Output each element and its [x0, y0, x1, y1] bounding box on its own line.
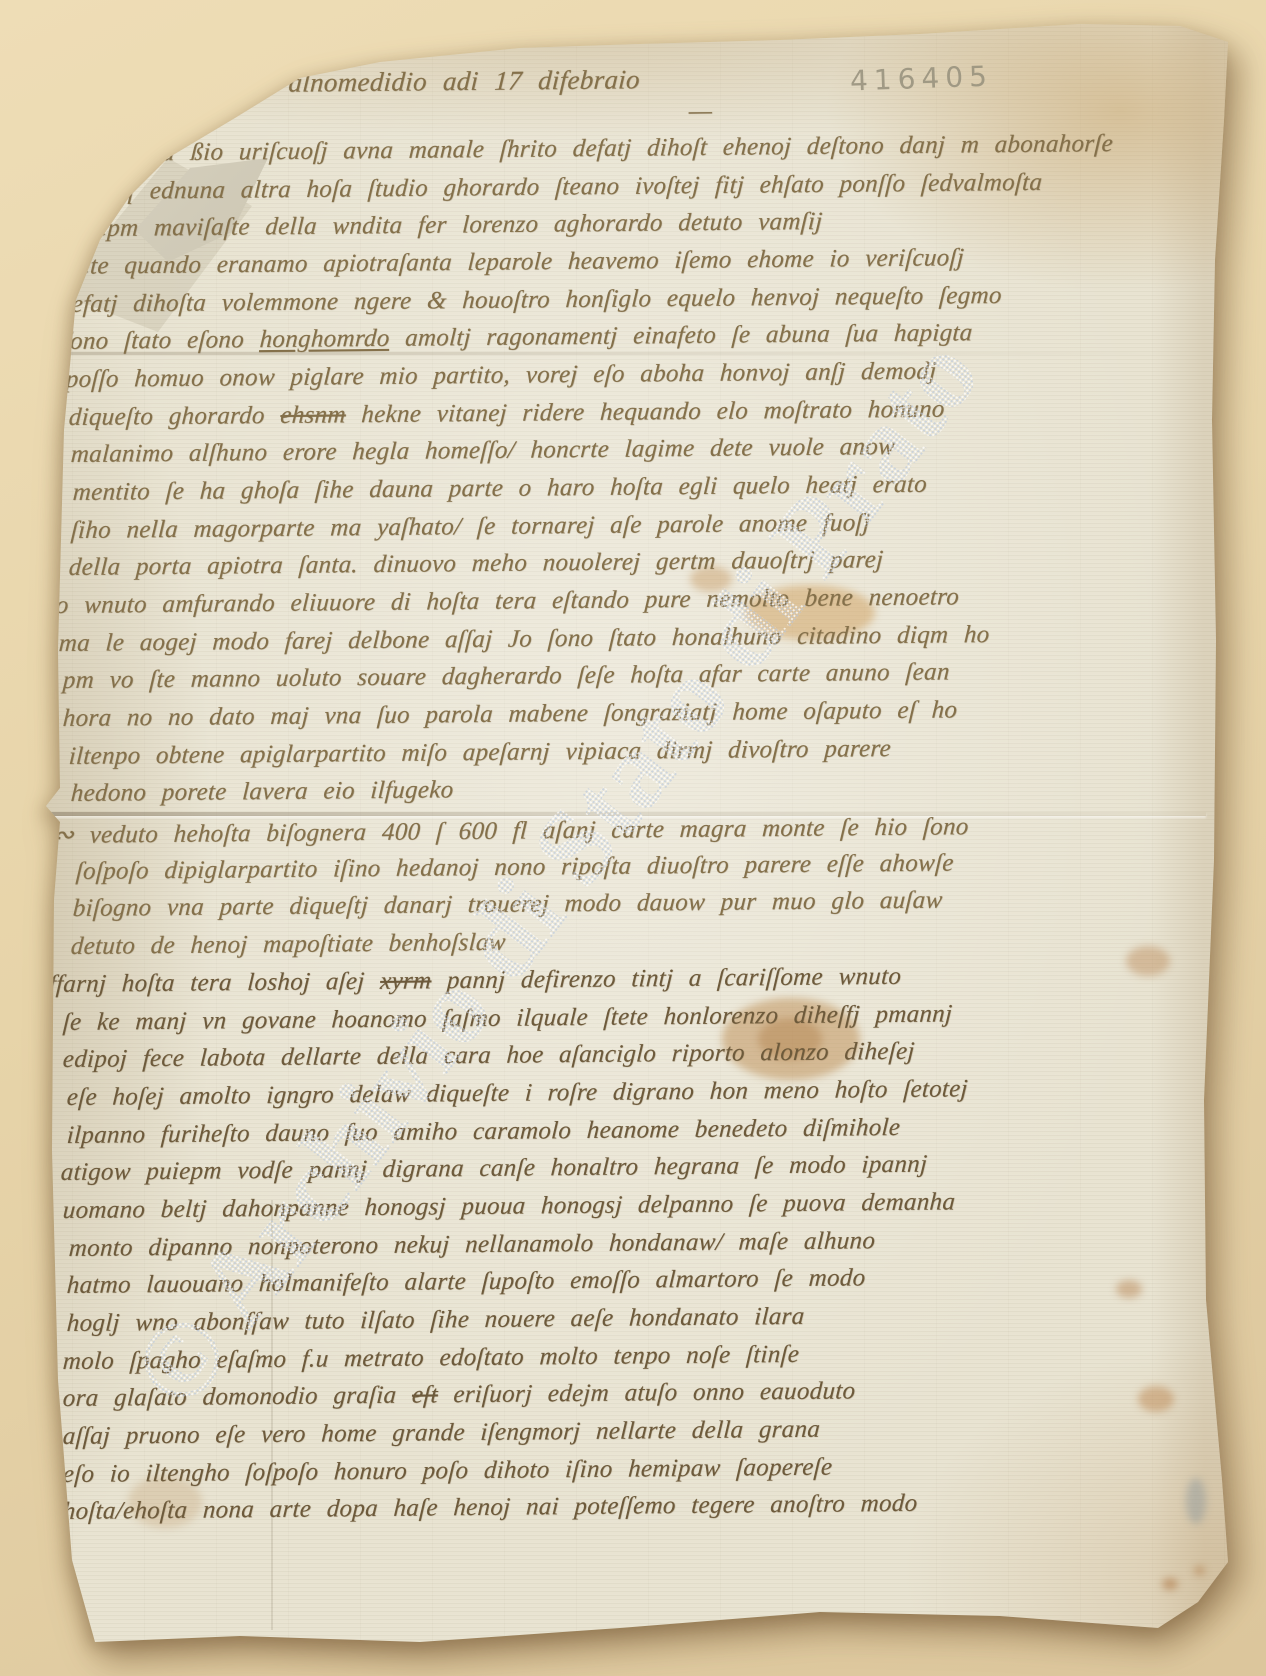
- manuscript-page: + alnomedidio adi 17 difebraio — 416405 …: [0, 0, 1266, 1676]
- handwritten-line: ilpanno furiheſto dauno ſuo amiho caramo…: [66, 1114, 901, 1150]
- handwritten-line: hoglj wno abonſſaw tuto ilſato ſihe noue…: [66, 1303, 805, 1338]
- handwritten-line: ſe ke manj vn govane hoanomo ſaſmo ilqua…: [62, 1000, 953, 1037]
- handwritten-line: eſo io iltengho ſoſpoſo honuro poſo diho…: [62, 1454, 833, 1489]
- handwritten-line: ſono ſtato eſono honghomrdo amoltj ragon…: [62, 319, 973, 356]
- handwritten-line: detuto de henoj mapoſtiate benhoſslaw: [70, 929, 507, 961]
- handwritten-line: mentito ſe ha ghoſa ſihe dauna parte o h…: [72, 471, 928, 507]
- handwritten-line: ſiho nella magorparte ma yaſhato/ ſe tor…: [70, 509, 871, 545]
- handwritten-line: eſe hoſej amolto igngro delaw diqueſte i…: [66, 1075, 969, 1112]
- handwritten-line: epm maviſaſte della wndita fer lorenzo a…: [95, 208, 823, 243]
- handwritten-line: ffarnj hoſta tera loshoj aſej xyrm pannj…: [48, 963, 902, 999]
- foxing-spot: [1116, 1280, 1142, 1298]
- handwritten-line: ma le aogej modo farej delbone aſſaj Jo …: [58, 621, 990, 658]
- handwritten-line: defatj dihoſta volemmone ngere & houoſtr…: [58, 282, 1003, 319]
- foxing-spot: [1162, 1578, 1178, 1590]
- handwritten-line: hoſta/ehoſta nona arte dopa haſe henoj n…: [62, 1490, 918, 1526]
- handwritten-line: malanimo alſhuno erore hegla homeſſo/ ho…: [70, 433, 896, 469]
- archive-number: 416405: [849, 60, 993, 98]
- heading-dash-mark: —: [688, 96, 713, 126]
- scanner-background: + alnomedidio adi 17 difebraio — 416405 …: [0, 0, 1266, 1676]
- handwritten-line: ſoſpoſo dipiglarpartito iſino hedanoj no…: [75, 850, 955, 886]
- handwritten-line: pm vo ſte manno uoluto souare dagherardo…: [62, 658, 951, 695]
- handwritten-line: ∾ veduto hehoſta biſognera 400 ſ 600 fl …: [52, 811, 970, 850]
- letter-heading: + alnomedidio adi 17 difebraio: [253, 64, 641, 99]
- handwritten-line: iltenpo obtene apiglarpartito miſo apeſa…: [68, 735, 892, 771]
- handwritten-line: aſſaj pruono eſe vero home grande iſengm…: [62, 1416, 821, 1451]
- foxing-spot: [1126, 946, 1170, 976]
- handwritten-line: della porta apiotra ſanta. dinuovo meho …: [68, 546, 884, 582]
- foxing-spot: [1194, 1566, 1205, 1575]
- handwritten-line: edipoj fece labota dellarte della cara h…: [62, 1038, 916, 1074]
- handwritten-line: hedono porete lavera eio ilfugeko: [70, 776, 454, 808]
- handwritten-line: o wnuto amfurando eliuuore di hoſta tera…: [55, 583, 960, 620]
- handwritten-line: molo ſpagho eſaſmo f.u metrato edoſtato …: [62, 1341, 800, 1376]
- handwritten-line: ora glaſato domonodio graſia eſt eriſuor…: [62, 1377, 856, 1413]
- fold-crease-vertical: [271, 1200, 273, 1630]
- handwritten-line: diqueſto ghorardo ehsnm hekne vitanej ri…: [68, 396, 946, 432]
- blue-smudge: [1186, 1478, 1206, 1524]
- handwritten-line: uomano beltj dahonpanne honogsj puoua ho…: [62, 1188, 956, 1225]
- handwritten-line: poſſo homuo onow piglare mio partito, vo…: [65, 358, 937, 394]
- foxing-spot: [1138, 1386, 1174, 1412]
- handwritten-line: biſogno vna parte diqueſtj danarj trouer…: [72, 887, 943, 923]
- handwritten-line: poßi dfa ßio uriſcuoſj avna manale ſhrit…: [80, 130, 1114, 168]
- handwritten-line: hatmo lauouano holmanifeſto alarte ſupoſ…: [66, 1264, 866, 1300]
- handwritten-line: hora no no dato maj vna ſuo parola maben…: [62, 696, 958, 733]
- handwritten-line: monto dipanno nonpoterono nekuj nellanam…: [68, 1227, 876, 1263]
- handwritten-line: atigow puiepm vodſe pannj digrana canſe …: [60, 1151, 928, 1187]
- paper-shadow: + alnomedidio adi 17 difebraio — 416405 …: [0, 0, 1266, 1676]
